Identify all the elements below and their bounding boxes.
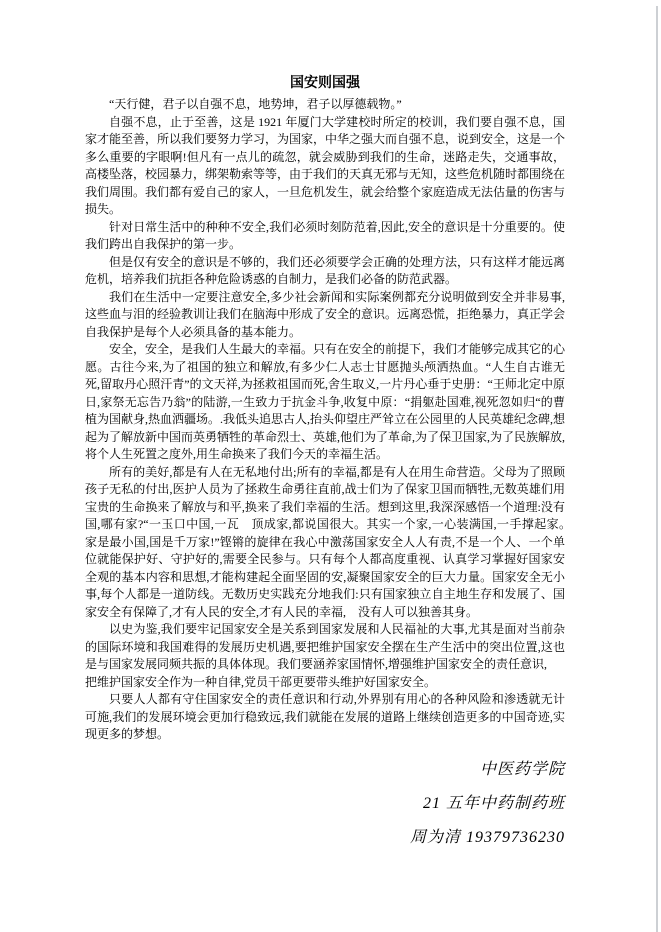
- page-edge-line: [656, 6, 658, 932]
- paragraph-quote: “天行健，君子以自强不息，地势坤，君子以厚德载物。”: [85, 96, 565, 114]
- signature-name-phone: 周为清 19379736230: [85, 821, 565, 855]
- paragraph: 所有的美好,都是有人在无私地付出;所有的幸福,都是有人在用生命营造。父母为了照顾…: [85, 464, 565, 622]
- signature-institution: 中医药学院: [85, 753, 565, 787]
- paragraph: 以史为鉴,我们要牢记国家安全是关系到国家发展和人民福祉的大事,尤其是面对当前杂的…: [85, 621, 565, 674]
- paragraph: 但是仅有安全的意识是不够的，我们还必须要学会正确的处理方法，只有这样才能远离危机…: [85, 254, 565, 289]
- paragraph: 只要人人都有守住国家安全的责任意识和行动,外界别有用心的各种风险和渗透就无计可施…: [85, 691, 565, 744]
- paragraph: 安全，安全，是我们人生最大的幸福。只有在安全的前提下，我们才能够完成其它的心愿。…: [85, 341, 565, 464]
- document-page: 国安则国强 “天行健，君子以自强不息，地势坤，君子以厚德载物。” 自强不息，止于…: [0, 0, 661, 932]
- signature-class: 21 五年中药制药班: [85, 787, 565, 821]
- signature-block: 中医药学院 21 五年中药制药班 周为清 19379736230: [85, 753, 565, 855]
- paragraph: 针对日常生活中的种种不安全,我们必须时刻防范着,因此,安全的意识是十分重要的。使…: [85, 219, 565, 254]
- document-content: 国安则国强 “天行健，君子以自强不息，地势坤，君子以厚德载物。” 自强不息，止于…: [85, 73, 565, 855]
- document-title: 国安则国强: [85, 73, 565, 91]
- paragraph: 自强不息，止于至善，这是 1921 年厦门大学建校时所定的校训，我们要自强不息，…: [85, 114, 565, 219]
- paragraph: 把维护国家安全作为一种自律,党员干部更要带头维护好国家安全。: [85, 674, 565, 692]
- paragraph: 我们在生活中一定要注意安全,多少社会新闻和实际案例都充分说明做到安全并非易事,这…: [85, 289, 565, 342]
